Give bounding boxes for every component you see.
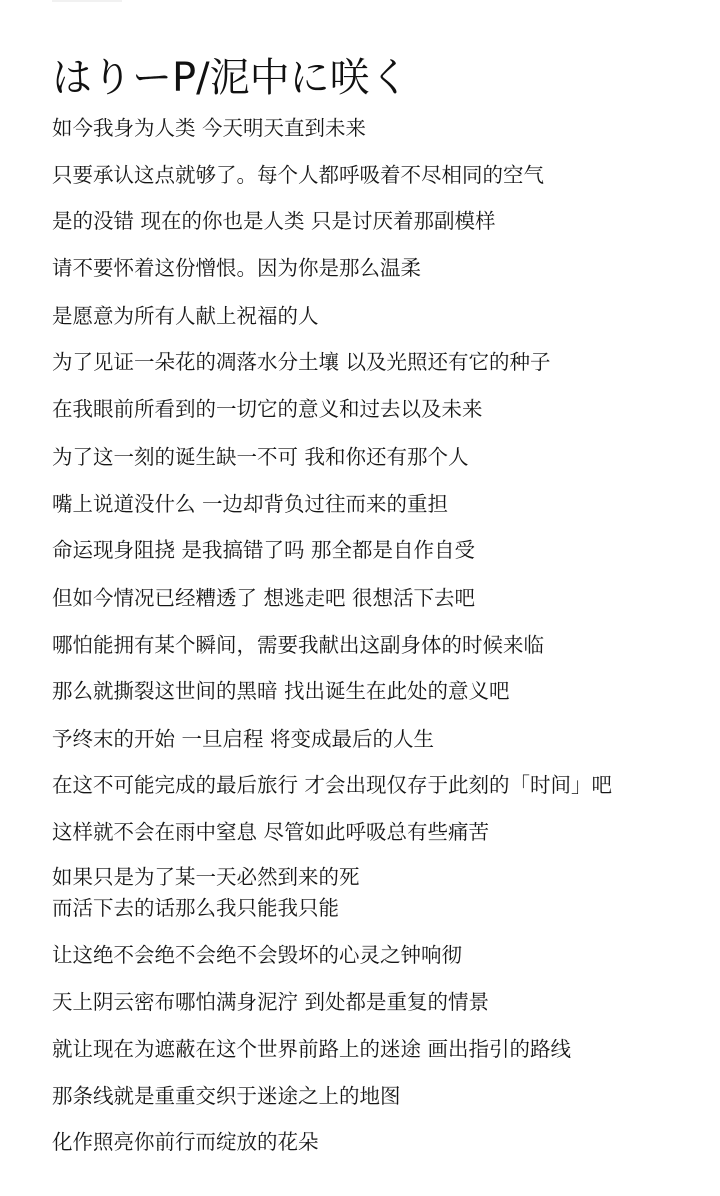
lyric-line: 哪怕能拥有某个瞬间，需要我献出这副身体的时候来临	[52, 631, 544, 659]
lyric-line: 请不要怀着这份憎恨。因为你是那么温柔	[52, 254, 421, 282]
lyric-line: 让这绝不会绝不会绝不会毁坏的心灵之钟响彻	[52, 941, 462, 969]
lyric-line: 天上阴云密布哪怕满身泥泞 到处都是重复的情景	[52, 988, 489, 1016]
lyric-line: 在我眼前所看到的一切它的意义和过去以及未来	[52, 395, 483, 423]
lyric-line: 化作照亮你前行而绽放的花朵	[52, 1128, 319, 1156]
lyric-line: 如今我身为人类 今天明天直到未来	[52, 114, 366, 142]
lyric-line: 而活下去的话那么我只能我只能	[52, 894, 339, 922]
lyric-line: 在这不可能完成的最后旅行 才会出现仅存于此刻的「时间」吧	[52, 771, 612, 799]
top-edge-strip	[52, 0, 122, 2]
lyric-line: 就让现在为遮蔽在这个世界前路上的迷途 画出指引的路线	[52, 1035, 571, 1063]
lyric-line: 是的没错 现在的你也是人类 只是讨厌着那副模样	[52, 207, 496, 235]
lyric-line: 但如今情况已经糟透了 想逃走吧 很想活下去吧	[52, 584, 475, 612]
lyric-line: 那么就撕裂这世间的黑暗 找出诞生在此处的意义吧	[52, 677, 510, 705]
lyric-line: 为了这一刻的诞生缺一不可 我和你还有那个人	[52, 443, 469, 471]
lyric-line: 这样就不会在雨中窒息 尽管如此呼吸总有些痛苦	[52, 818, 489, 846]
lyric-line: 嘴上说道没什么 一边却背负过往而来的重担	[52, 490, 448, 518]
lyric-line: 命运现身阻挠 是我搞错了吗 那全都是自作自受	[52, 536, 475, 564]
lyric-line: 那条线就是重重交织于迷途之上的地图	[52, 1082, 401, 1110]
lyric-line: 只要承认这点就够了。每个人都呼吸着不尽相同的空气	[52, 161, 544, 189]
lyric-line: 是愿意为所有人献上祝福的人	[52, 302, 319, 330]
song-title: はりーP/泥中に咲く	[52, 51, 410, 105]
lyric-line: 为了见证一朵花的凋落水分土壤 以及光照还有它的种子	[52, 348, 551, 376]
lyric-line: 予终末的开始 一旦启程 将变成最后的人生	[52, 725, 434, 753]
lyric-line: 如果只是为了某一天必然到来的死	[52, 863, 360, 891]
